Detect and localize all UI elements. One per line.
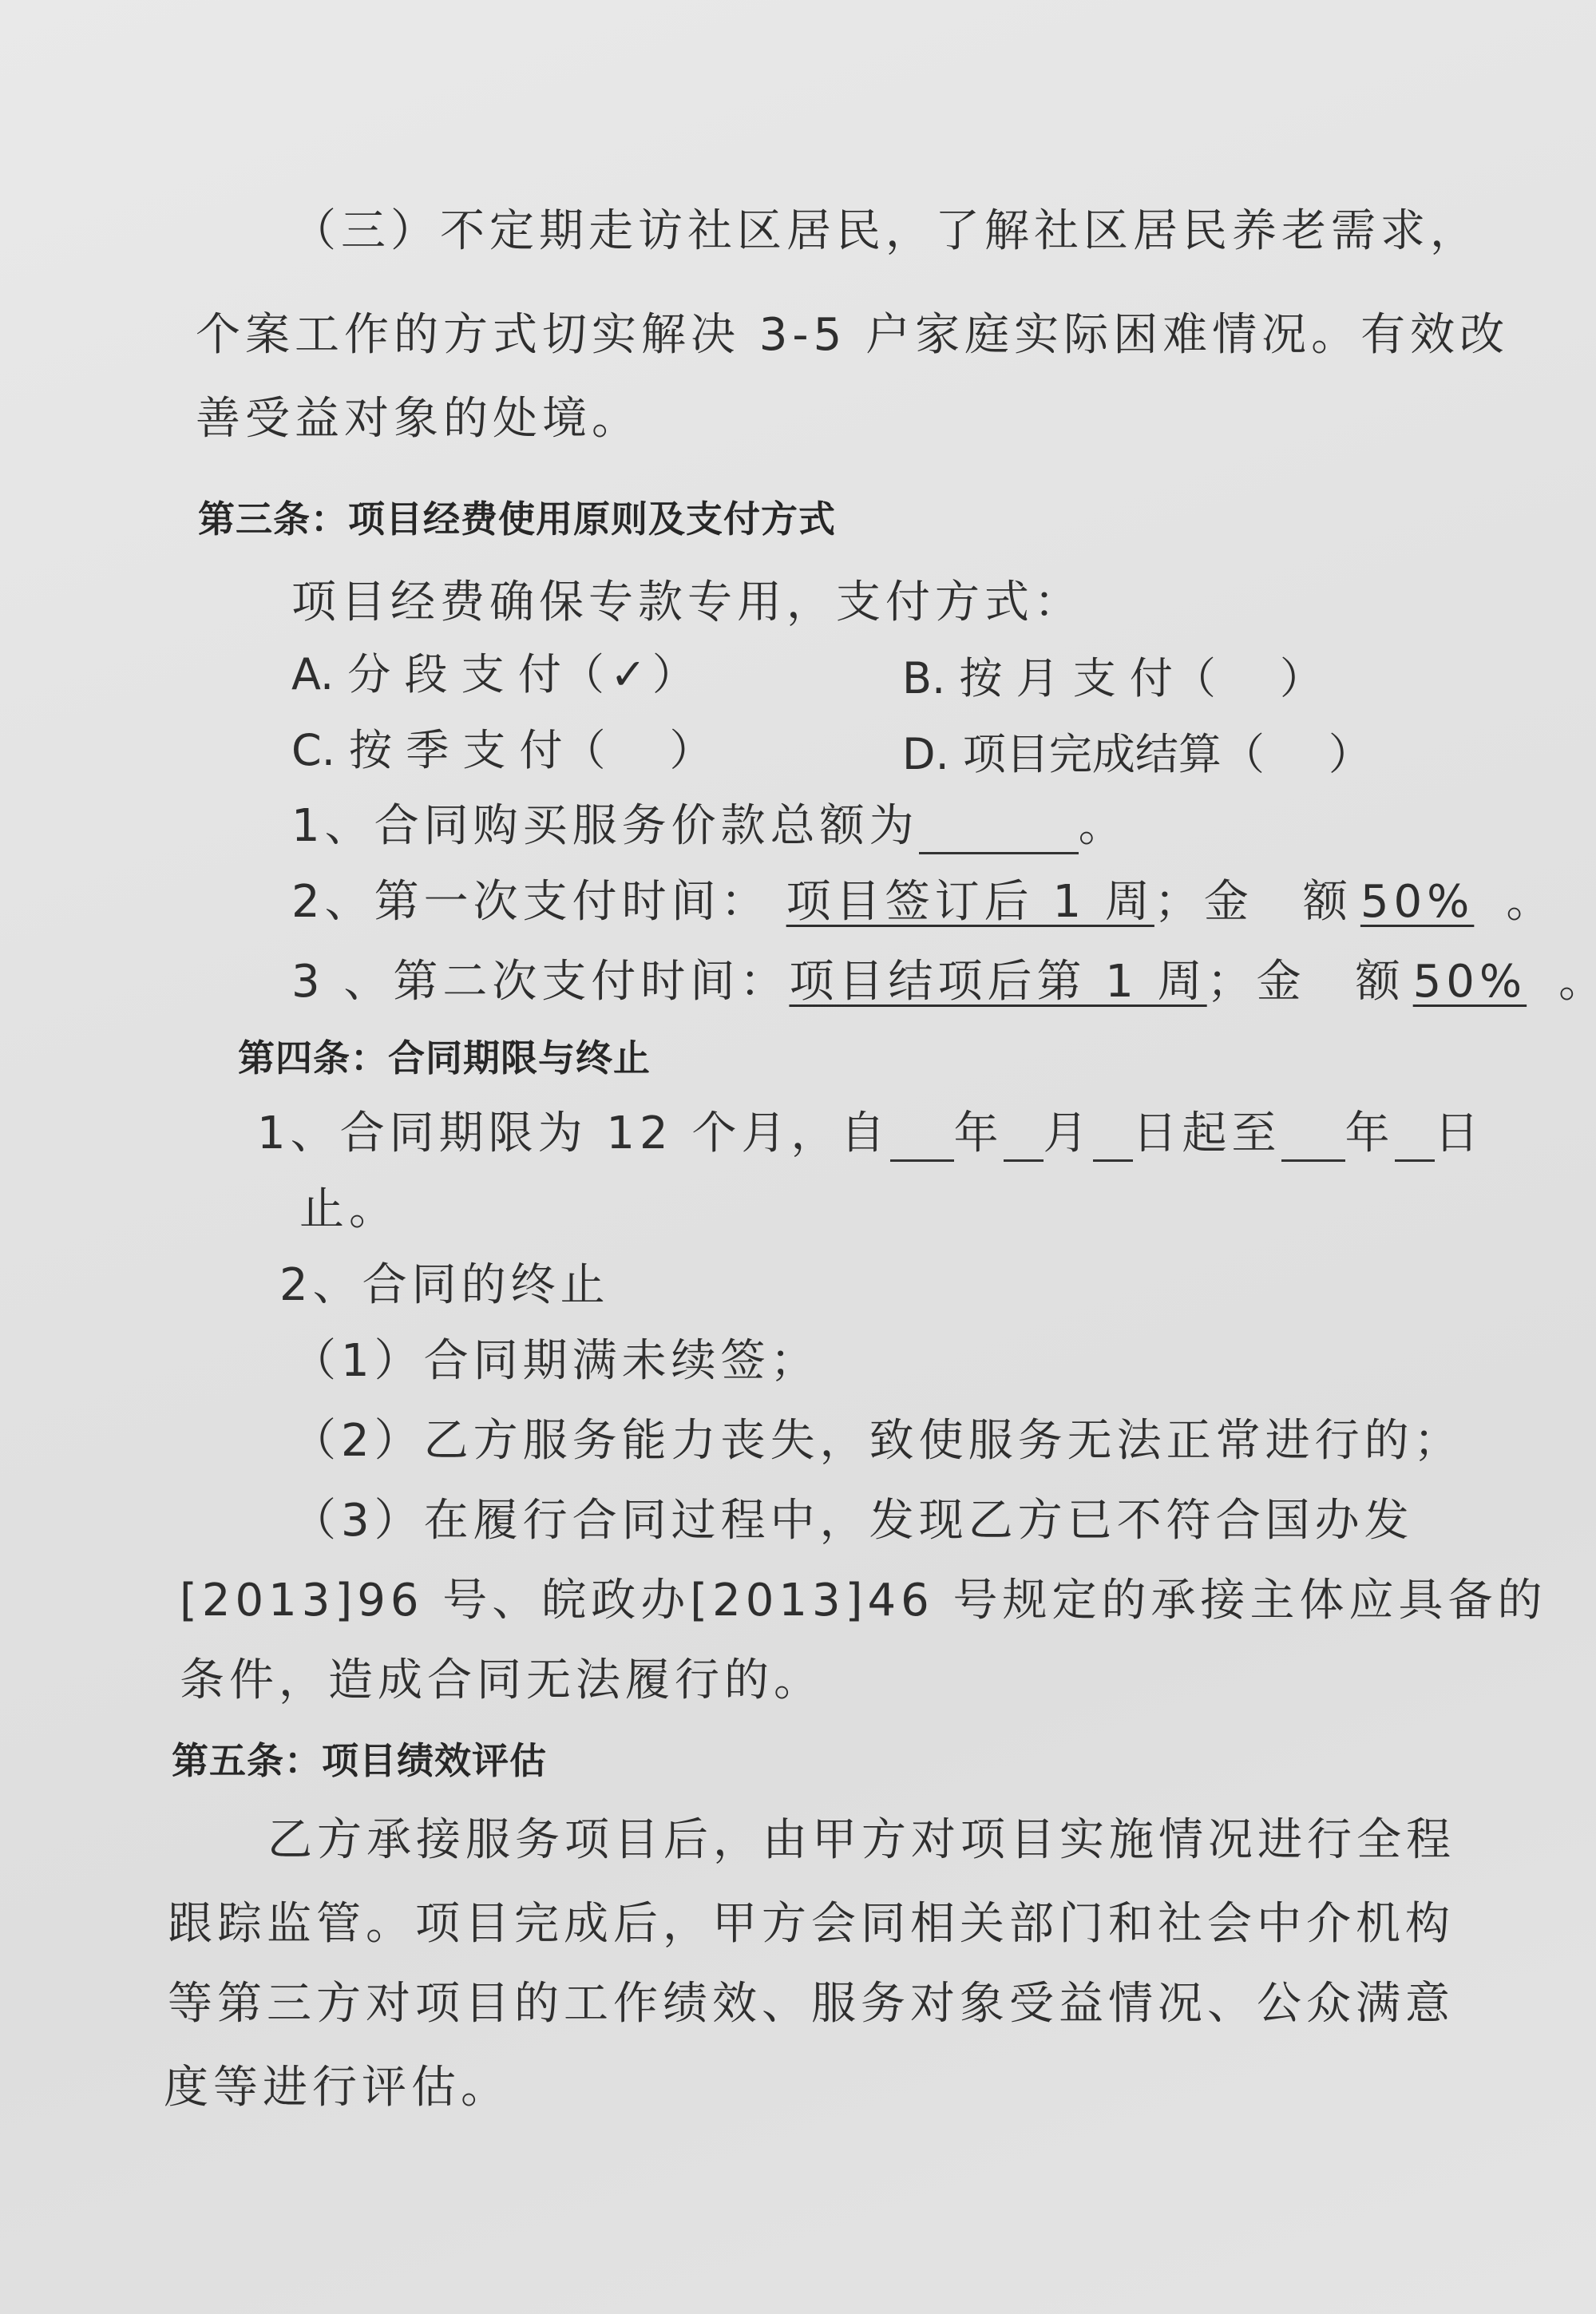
evaluation-line-2: 跟踪监管。项目完成后，甲方会同相关部门和社会中介机构 [168, 1896, 1455, 1952]
first-payment-amount: 50% [1352, 876, 1506, 928]
article-4-heading: 第四条：合同期限与终止 [238, 1030, 651, 1086]
item-3-line-2: 个案工作的方式切实解决 3-5 户家庭实际困难情况。有效改 [196, 307, 1509, 363]
second-payment-time: 项目结项后第 1 周 [789, 956, 1206, 1008]
contract-term-end: 止。 [299, 1182, 398, 1238]
contract-term-line: 1、合同期限为 12 个月，自年月日起至年日 [257, 1106, 1484, 1162]
end-year-blank[interactable] [1281, 1118, 1345, 1162]
total-amount-blank[interactable] [919, 810, 1079, 854]
check-mark-icon: ✓ [604, 647, 652, 703]
article-3-heading: 第三条：项目经费使用原则及支付方式 [198, 491, 836, 547]
total-amount-line: 1、合同购买服务价款总额为。 [291, 798, 1128, 854]
first-payment-line: 2、第一次支付时间：项目签订后 1 周；金 额50%。 [291, 874, 1555, 930]
payment-intro: 项目经费确保专款专用，支付方式： [291, 575, 1083, 631]
termination-item-3-line-2: [2013]96 号、皖政办[2013]46 号规定的承接主体应具备的 [180, 1573, 1547, 1629]
first-payment-time: 项目签订后 1 周 [770, 876, 1154, 928]
termination-item-1: （1）合同期满未续签； [291, 1333, 820, 1389]
payment-option-b[interactable]: B. 按 月 支 付（） [902, 651, 1323, 707]
second-payment-amount: 50% [1405, 956, 1558, 1008]
termination-item-3-line-3: 条件，造成合同无法履行的。 [180, 1653, 823, 1709]
termination-item-2: （2）乙方服务能力丧失，致使服务无法正常进行的； [291, 1413, 1463, 1469]
termination-item-3-line-1: （3）在履行合同过程中，发现乙方已不符合国办发 [291, 1493, 1414, 1549]
termination-title: 2、合同的终止 [279, 1258, 610, 1314]
second-payment-line: 3 、第二次支付时间：项目结项后第 1 周；金 额50%。 [291, 954, 1596, 1010]
evaluation-line-3: 等第三方对项目的工作绩效、服务对象受益情况、公众满意 [168, 1976, 1455, 2032]
start-day-blank[interactable] [1093, 1118, 1133, 1162]
document-page: （三）不定期走访社区居民，了解社区居民养老需求， 个案工作的方式切实解决 3-5… [0, 0, 1596, 2314]
evaluation-line-1: 乙方承接服务项目后，由甲方对项目实施情况进行全程 [267, 1813, 1455, 1868]
payment-option-c[interactable]: C. 按 季 支 付（） [291, 723, 713, 779]
end-day-blank[interactable] [1395, 1118, 1435, 1162]
payment-option-a[interactable]: A. 分 段 支 付（✓） [291, 647, 695, 703]
item-3-line-3: 善受益对象的处境。 [196, 391, 641, 447]
item-3-line-1: （三）不定期走访社区居民，了解社区居民养老需求， [291, 204, 1479, 260]
start-month-blank[interactable] [1004, 1118, 1044, 1162]
start-year-blank[interactable] [890, 1118, 954, 1162]
evaluation-line-4: 度等进行评估。 [164, 2060, 510, 2116]
payment-option-d[interactable]: D. 项目完成结算（） [902, 727, 1372, 783]
article-5-heading: 第五条：项目绩效评估 [172, 1733, 547, 1789]
